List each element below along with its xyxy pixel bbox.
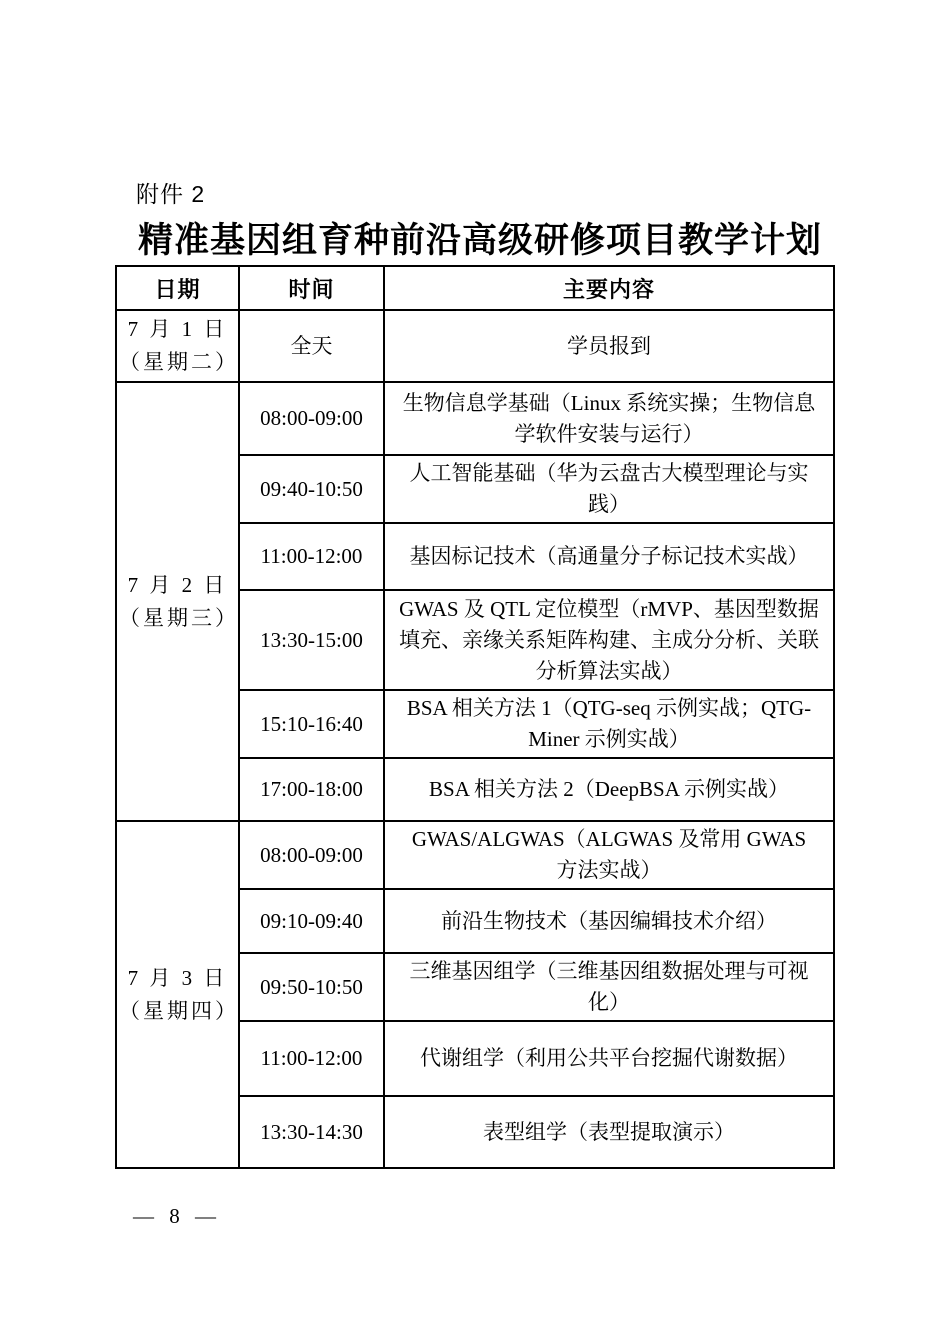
header-content: 主要内容	[384, 266, 834, 310]
header-date: 日期	[116, 266, 239, 310]
content-cell: GWAS/ALGWAS（ALGWAS 及常用 GWAS 方法实战）	[384, 821, 834, 889]
date-line: （星期四）	[119, 995, 236, 1028]
time-cell: 13:30-15:00	[239, 590, 384, 690]
content-cell: 基因标记技术（高通量分子标记技术实战）	[384, 523, 834, 590]
page-title: 精准基因组育种前沿高级研修项目教学计划	[138, 213, 838, 263]
time-cell: 15:10-16:40	[239, 690, 384, 758]
document-page: 附件 2 精准基因组育种前沿高级研修项目教学计划 日期 时间 主要内容 7 月 …	[0, 0, 948, 1343]
time-cell: 17:00-18:00	[239, 758, 384, 821]
attachment-label: 附件 2	[136, 176, 205, 209]
time-cell: 08:00-09:00	[239, 382, 384, 455]
content-cell: 代谢组学（利用公共平台挖掘代谢数据）	[384, 1021, 834, 1096]
table-row: 7 月 3 日 （星期四） 08:00-09:00 GWAS/ALGWAS（AL…	[116, 821, 834, 889]
time-cell: 11:00-12:00	[239, 1021, 384, 1096]
time-cell: 09:10-09:40	[239, 889, 384, 953]
header-time: 时间	[239, 266, 384, 310]
date-cell-jul3: 7 月 3 日 （星期四）	[116, 821, 239, 1168]
time-cell: 08:00-09:00	[239, 821, 384, 889]
time-cell: 09:50-10:50	[239, 953, 384, 1021]
schedule-table: 日期 时间 主要内容 7 月 1 日 （星期二） 全天 学员报到 7 月 2 日…	[115, 265, 835, 1169]
date-line: 7 月 3 日	[119, 962, 236, 995]
table-row: 7 月 2 日 （星期三） 08:00-09:00 生物信息学基础（Linux …	[116, 382, 834, 455]
content-cell: 三维基因组学（三维基因组数据处理与可视化）	[384, 953, 834, 1021]
content-cell: GWAS 及 QTL 定位模型（rMVP、基因型数据填充、亲缘关系矩阵构建、主成…	[384, 590, 834, 690]
table-row: 7 月 1 日 （星期二） 全天 学员报到	[116, 310, 834, 382]
content-cell: 前沿生物技术（基因编辑技术介绍）	[384, 889, 834, 953]
time-cell: 11:00-12:00	[239, 523, 384, 590]
date-line: （星期二）	[119, 346, 236, 379]
date-line: 7 月 2 日	[119, 569, 236, 602]
table-header-row: 日期 时间 主要内容	[116, 266, 834, 310]
date-cell-jul1: 7 月 1 日 （星期二）	[116, 310, 239, 382]
time-cell: 13:30-14:30	[239, 1096, 384, 1168]
content-cell: 学员报到	[384, 310, 834, 382]
content-cell: BSA 相关方法 1（QTG-seq 示例实战；QTG-Miner 示例实战）	[384, 690, 834, 758]
content-cell: BSA 相关方法 2（DeepBSA 示例实战）	[384, 758, 834, 821]
page-number: — 8 —	[133, 1204, 221, 1229]
content-cell: 生物信息学基础（Linux 系统实操；生物信息学软件安装与运行）	[384, 382, 834, 455]
content-cell: 人工智能基础（华为云盘古大模型理论与实践）	[384, 455, 834, 523]
date-line: 7 月 1 日	[119, 313, 236, 346]
time-cell: 全天	[239, 310, 384, 382]
content-cell: 表型组学（表型提取演示）	[384, 1096, 834, 1168]
date-cell-jul2: 7 月 2 日 （星期三）	[116, 382, 239, 821]
date-line: （星期三）	[119, 602, 236, 635]
time-cell: 09:40-10:50	[239, 455, 384, 523]
